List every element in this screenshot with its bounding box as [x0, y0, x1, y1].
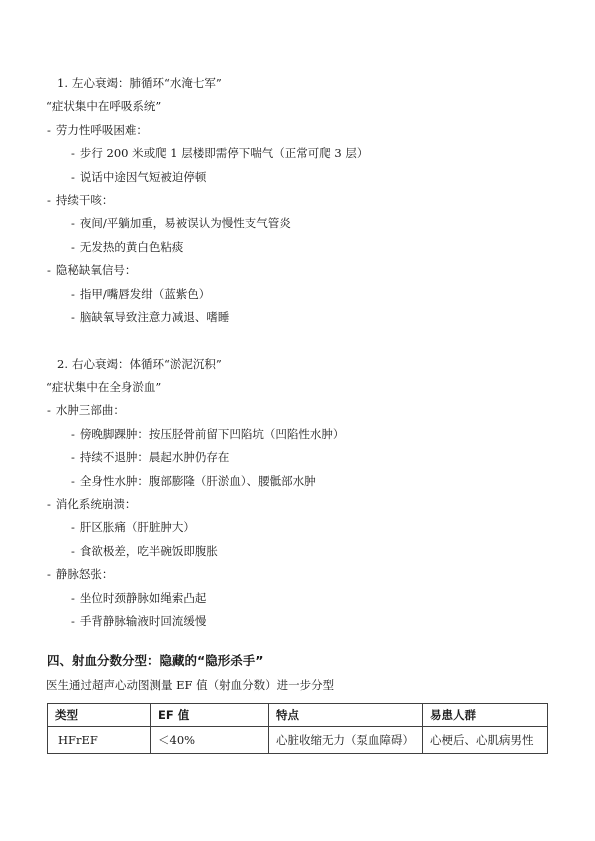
document-body: 1.左心衰竭：肺循环“水淹七军”“症状集中在呼吸系统”-劳力性呼吸困难：-步行 … [0, 72, 595, 633]
dash-bullet: - [71, 474, 75, 488]
dash-bullet: - [47, 403, 51, 417]
bullet-item: -消化系统崩溃： [0, 493, 595, 516]
numbered-heading: 1.左心衰竭：肺循环“水淹七军” [0, 72, 595, 95]
col-header-type: 类型 [48, 703, 151, 726]
dash-bullet: - [71, 287, 75, 301]
line-text: 肝区胀痛（肝脏肿大） [80, 520, 195, 534]
bullet-item: -静脉怒张： [0, 563, 595, 586]
bullet-item: -坐位时颈静脉如绳索凸起 [0, 587, 595, 610]
quote-line: “症状集中在呼吸系统” [0, 95, 595, 118]
document-page: 1.左心衰竭：肺循环“水淹七军”“症状集中在呼吸系统”-劳力性呼吸困难：-步行 … [0, 0, 595, 841]
line-text: 持续干咳： [56, 193, 114, 207]
cell-feature: 心脏收缩无力（泵血障碍） [269, 726, 423, 753]
bullet-item: -指甲/嘴唇发绀（蓝紫色） [0, 283, 595, 306]
table-header-row: 类型 EF 值 特点 易患人群 [48, 703, 548, 726]
list-number: 2. [57, 353, 72, 376]
dash-bullet: - [71, 146, 75, 160]
quote-line: “症状集中在全身淤血” [0, 376, 595, 399]
bullet-item: -傍晚脚踝肿：按压胫骨前留下凹陷坑（凹陷性水肿） [0, 423, 595, 446]
line-text: 夜间/平躺加重，易被误认为慢性支气管炎 [80, 216, 291, 230]
dash-bullet: - [71, 170, 75, 184]
line-text: 劳力性呼吸困难： [56, 123, 148, 137]
line-text: 右心衰竭：体循环“淤泥沉积” [72, 357, 222, 371]
list-number: 1. [57, 72, 72, 95]
dash-bullet: - [47, 123, 51, 137]
bullet-item: -食欲极差，吃半碗饭即腹胀 [0, 540, 595, 563]
dash-bullet: - [71, 520, 75, 534]
cell-type: HFrEF [48, 726, 151, 753]
dash-bullet: - [47, 263, 51, 277]
line-text: 左心衰竭：肺循环“水淹七军” [72, 76, 222, 90]
line-text: 指甲/嘴唇发绀（蓝紫色） [80, 287, 210, 301]
line-text: 傍晚脚踝肿：按压胫骨前留下凹陷坑（凹陷性水肿） [80, 427, 345, 441]
dash-bullet: - [71, 216, 75, 230]
line-text: 无发热的黄白色粘痰 [80, 240, 184, 254]
dash-bullet: - [71, 614, 75, 628]
bullet-item: -持续不退肿：晨起水肿仍存在 [0, 446, 595, 469]
bullet-item: -水肿三部曲： [0, 399, 595, 422]
line-text: 脑缺氧导致注意力减退、嗜睡 [80, 310, 230, 324]
dash-bullet: - [47, 497, 51, 511]
dash-bullet: - [71, 310, 75, 324]
line-text: 步行 200 米或爬 1 层楼即需停下喘气（正常可爬 3 层） [80, 146, 369, 160]
dash-bullet: - [47, 567, 51, 581]
bullet-item: -无发热的黄白色粘痰 [0, 236, 595, 259]
table-row: HFrEF ＜40% 心脏收缩无力（泵血障碍） 心梗后、心肌病男性 [48, 726, 548, 753]
bullet-item: -持续干咳： [0, 189, 595, 212]
line-text: 静脉怒张： [56, 567, 114, 581]
cell-population: 心梗后、心肌病男性 [423, 726, 548, 753]
dash-bullet: - [71, 450, 75, 464]
bullet-item: -全身性水肿：腹部膨隆（肝淤血）、腰骶部水肿 [0, 470, 595, 493]
bullet-item: -手背静脉输液时回流缓慢 [0, 610, 595, 633]
numbered-heading: 2.右心衰竭：体循环“淤泥沉积” [0, 353, 595, 376]
line-text: “症状集中在全身淤血” [46, 380, 161, 394]
line-text: 消化系统崩溃： [56, 497, 137, 511]
line-text: 隐秘缺氧信号： [56, 263, 137, 277]
col-header-feature: 特点 [269, 703, 423, 726]
dash-bullet: - [71, 544, 75, 558]
line-text: 水肿三部曲： [56, 403, 125, 417]
bullet-item: -劳力性呼吸困难： [0, 119, 595, 142]
section-intro: 医生通过超声心动图测量 EF 值（射血分数）进一步分型 [0, 674, 595, 697]
bullet-item: -隐秘缺氧信号： [0, 259, 595, 282]
line-text: 全身性水肿：腹部膨隆（肝淤血）、腰骶部水肿 [80, 474, 316, 488]
bullet-item: -说话中途因气短被迫停顿 [0, 166, 595, 189]
dash-bullet: - [47, 193, 51, 207]
col-header-ef-value: EF 值 [151, 703, 269, 726]
bullet-item: -肝区胀痛（肝脏肿大） [0, 516, 595, 539]
ef-classification-table: 类型 EF 值 特点 易患人群 HFrEF ＜40% 心脏收缩无力（泵血障碍） … [47, 703, 548, 754]
line-text: 说话中途因气短被迫停顿 [80, 170, 207, 184]
section-heading: 四、射血分数分型：隐藏的“隐形杀手” [0, 648, 595, 674]
bullet-item: -步行 200 米或爬 1 层楼即需停下喘气（正常可爬 3 层） [0, 142, 595, 165]
line-text: 持续不退肿：晨起水肿仍存在 [80, 450, 230, 464]
col-header-population: 易患人群 [423, 703, 548, 726]
line-text: 食欲极差，吃半碗饭即腹胀 [80, 544, 218, 558]
bullet-item: -脑缺氧导致注意力减退、嗜睡 [0, 306, 595, 329]
dash-bullet: - [71, 427, 75, 441]
line-text: “症状集中在呼吸系统” [46, 99, 161, 113]
dash-bullet: - [71, 591, 75, 605]
dash-bullet: - [71, 240, 75, 254]
blank-line [0, 329, 595, 352]
cell-ef-value: ＜40% [151, 726, 269, 753]
line-text: 手背静脉输液时回流缓慢 [80, 614, 207, 628]
line-text: 坐位时颈静脉如绳索凸起 [80, 591, 207, 605]
bullet-item: -夜间/平躺加重，易被误认为慢性支气管炎 [0, 212, 595, 235]
